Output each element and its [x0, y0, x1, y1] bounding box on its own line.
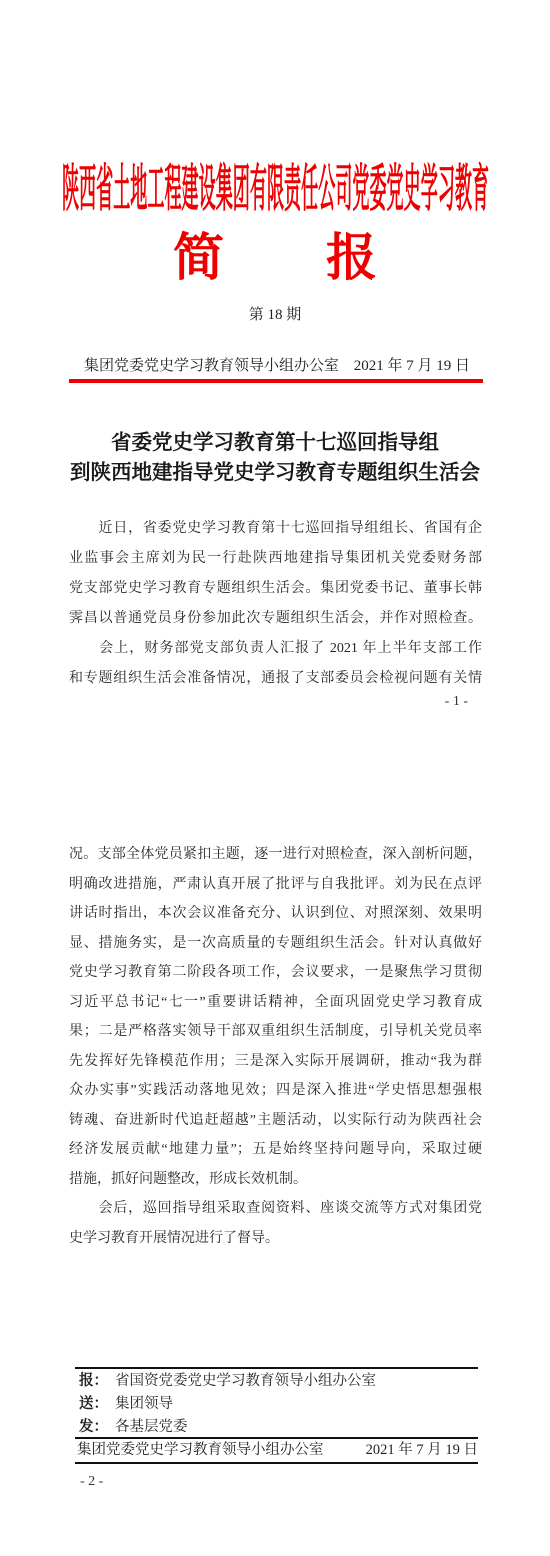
body-line: 和专题组织生活会准备情况，通报了支部委员会检视问题有关情	[69, 664, 482, 694]
body-line: 众办实事”实践活动落地见效；四是深入推进“学史悟思想强根	[69, 1076, 482, 1106]
article-body-page2: 况。支部全体党员紧扣主题，逐一进行对照检查，深入剖析问题， 明确改进措施，严肃认…	[69, 840, 482, 1253]
page-1: 陕西省土地工程建设集团有限责任公司党委党史学习教育 简 报 第 18 期 集团党…	[0, 0, 550, 778]
body-line: 铸魂、奋进新时代追赶超越”主题活动，以实际行动为陕西社会	[69, 1106, 482, 1136]
masthead-date: 2021 年 7 月 19 日	[354, 354, 470, 375]
body-line: 习近平总书记“七一”重要讲话精神，全面巩固党史学习教育成	[69, 988, 482, 1018]
article-title-line-2: 到陕西地建指导党史学习教育专题组织生活会	[0, 458, 550, 488]
body-line: 经济发展贡献“地建力量”；五是始终坚持问题导向，采取过硬	[69, 1135, 482, 1165]
page-2: 况。支部全体党员紧扣主题，逐一进行对照检查，深入剖析问题， 明确改进措施，严肃认…	[0, 778, 550, 1556]
footer-send-row: 送：集团领导	[79, 1393, 478, 1416]
body-line: 讲话时指出，本次会议准备充分、认识到位、对照深刻、效果明	[69, 899, 482, 929]
body-line: 明确改进措施，严肃认真开展了批评与自我批评。刘为民在点评	[69, 870, 482, 900]
body-line: 果；二是严格落实领导干部双重组织生活制度，引导机关党员率	[69, 1017, 482, 1047]
masthead-org-title-text: 陕西省土地工程建设集团有限责任公司党委党史学习教育	[61, 165, 488, 216]
body-line: 会后，巡回指导组采取查阅资料、座谈交流等方式对集团党	[69, 1194, 482, 1224]
red-divider	[69, 379, 483, 383]
body-line: 霁昌以普通党员身份参加此次专题组织生活会，并作对照检查。	[69, 604, 482, 634]
footer-report-row: 报：省国资党委党史学习教育领导小组办公室	[79, 1370, 478, 1393]
body-line: 党史学习教育第二阶段各项工作，会议要求，一是聚焦学习贯彻	[69, 958, 482, 988]
body-line: 党支部党史学习教育专题组织生活会。集团党委书记、董事长韩	[69, 574, 482, 604]
body-line: 业监事会主席刘为民一行赴陕西地建指导集团机关党委财务部	[69, 544, 482, 574]
article-title: 省委党史学习教育第十七巡回指导组 到陕西地建指导党史学习教育专题组织生活会	[0, 428, 550, 488]
body-line: 措施，抓好问题整改，形成长效机制。	[69, 1165, 482, 1195]
body-line: 史学习教育开展情况进行了督导。	[69, 1224, 482, 1254]
page-number-2: - 2 -	[80, 1474, 103, 1490]
masthead-info-row: 集团党委党史学习教育领导小组办公室 2021 年 7 月 19 日	[84, 354, 470, 375]
bulletin-name: 简 报	[0, 231, 550, 287]
masthead-org-title: 陕西省土地工程建设集团有限责任公司党委党史学习教育	[0, 161, 550, 219]
footer-office: 集团党委党史学习教育领导小组办公室	[77, 1439, 324, 1461]
footer-send-label: 送：	[79, 1396, 108, 1412]
body-line: 显、措施务实，是一次高质量的专题组织生活会。针对认真做好	[69, 929, 482, 959]
body-line: 先发挥好先锋模范作用；三是深入实际开展调研，推动“我为群	[69, 1047, 482, 1077]
body-line: 会上，财务部党支部负责人汇报了 2021 年上半年支部工作	[69, 634, 482, 664]
footer-date: 2021 年 7 月 19 日	[366, 1439, 478, 1461]
footer-divider-bottom	[75, 1462, 478, 1464]
body-line: 况。支部全体党员紧扣主题，逐一进行对照检查，深入剖析问题，	[69, 840, 482, 870]
footer-distribute-label: 发：	[79, 1419, 108, 1435]
masthead-office: 集团党委党史学习教育领导小组办公室	[84, 354, 339, 375]
footer-report-value: 省国资党委党史学习教育领导小组办公室	[115, 1373, 376, 1389]
footer-distribute-value: 各基层党委	[115, 1419, 188, 1435]
article-body-page1: 近日，省委党史学习教育第十七巡回指导组组长、省国有企 业监事会主席刘为民一行赴陕…	[69, 514, 482, 694]
footer-divider-top	[75, 1367, 478, 1369]
footer-office-row: 集团党委党史学习教育领导小组办公室 2021 年 7 月 19 日	[77, 1439, 478, 1461]
article-title-line-1: 省委党史学习教育第十七巡回指导组	[0, 428, 550, 458]
footer-send-value: 集团领导	[115, 1396, 173, 1412]
issue-number: 第 18 期	[0, 303, 550, 324]
footer-distribute-row: 发：各基层党委	[79, 1416, 478, 1439]
body-line: 近日，省委党史学习教育第十七巡回指导组组长、省国有企	[69, 514, 482, 544]
footer-report-label: 报：	[79, 1373, 108, 1389]
page-number-1: - 1 -	[445, 694, 468, 710]
